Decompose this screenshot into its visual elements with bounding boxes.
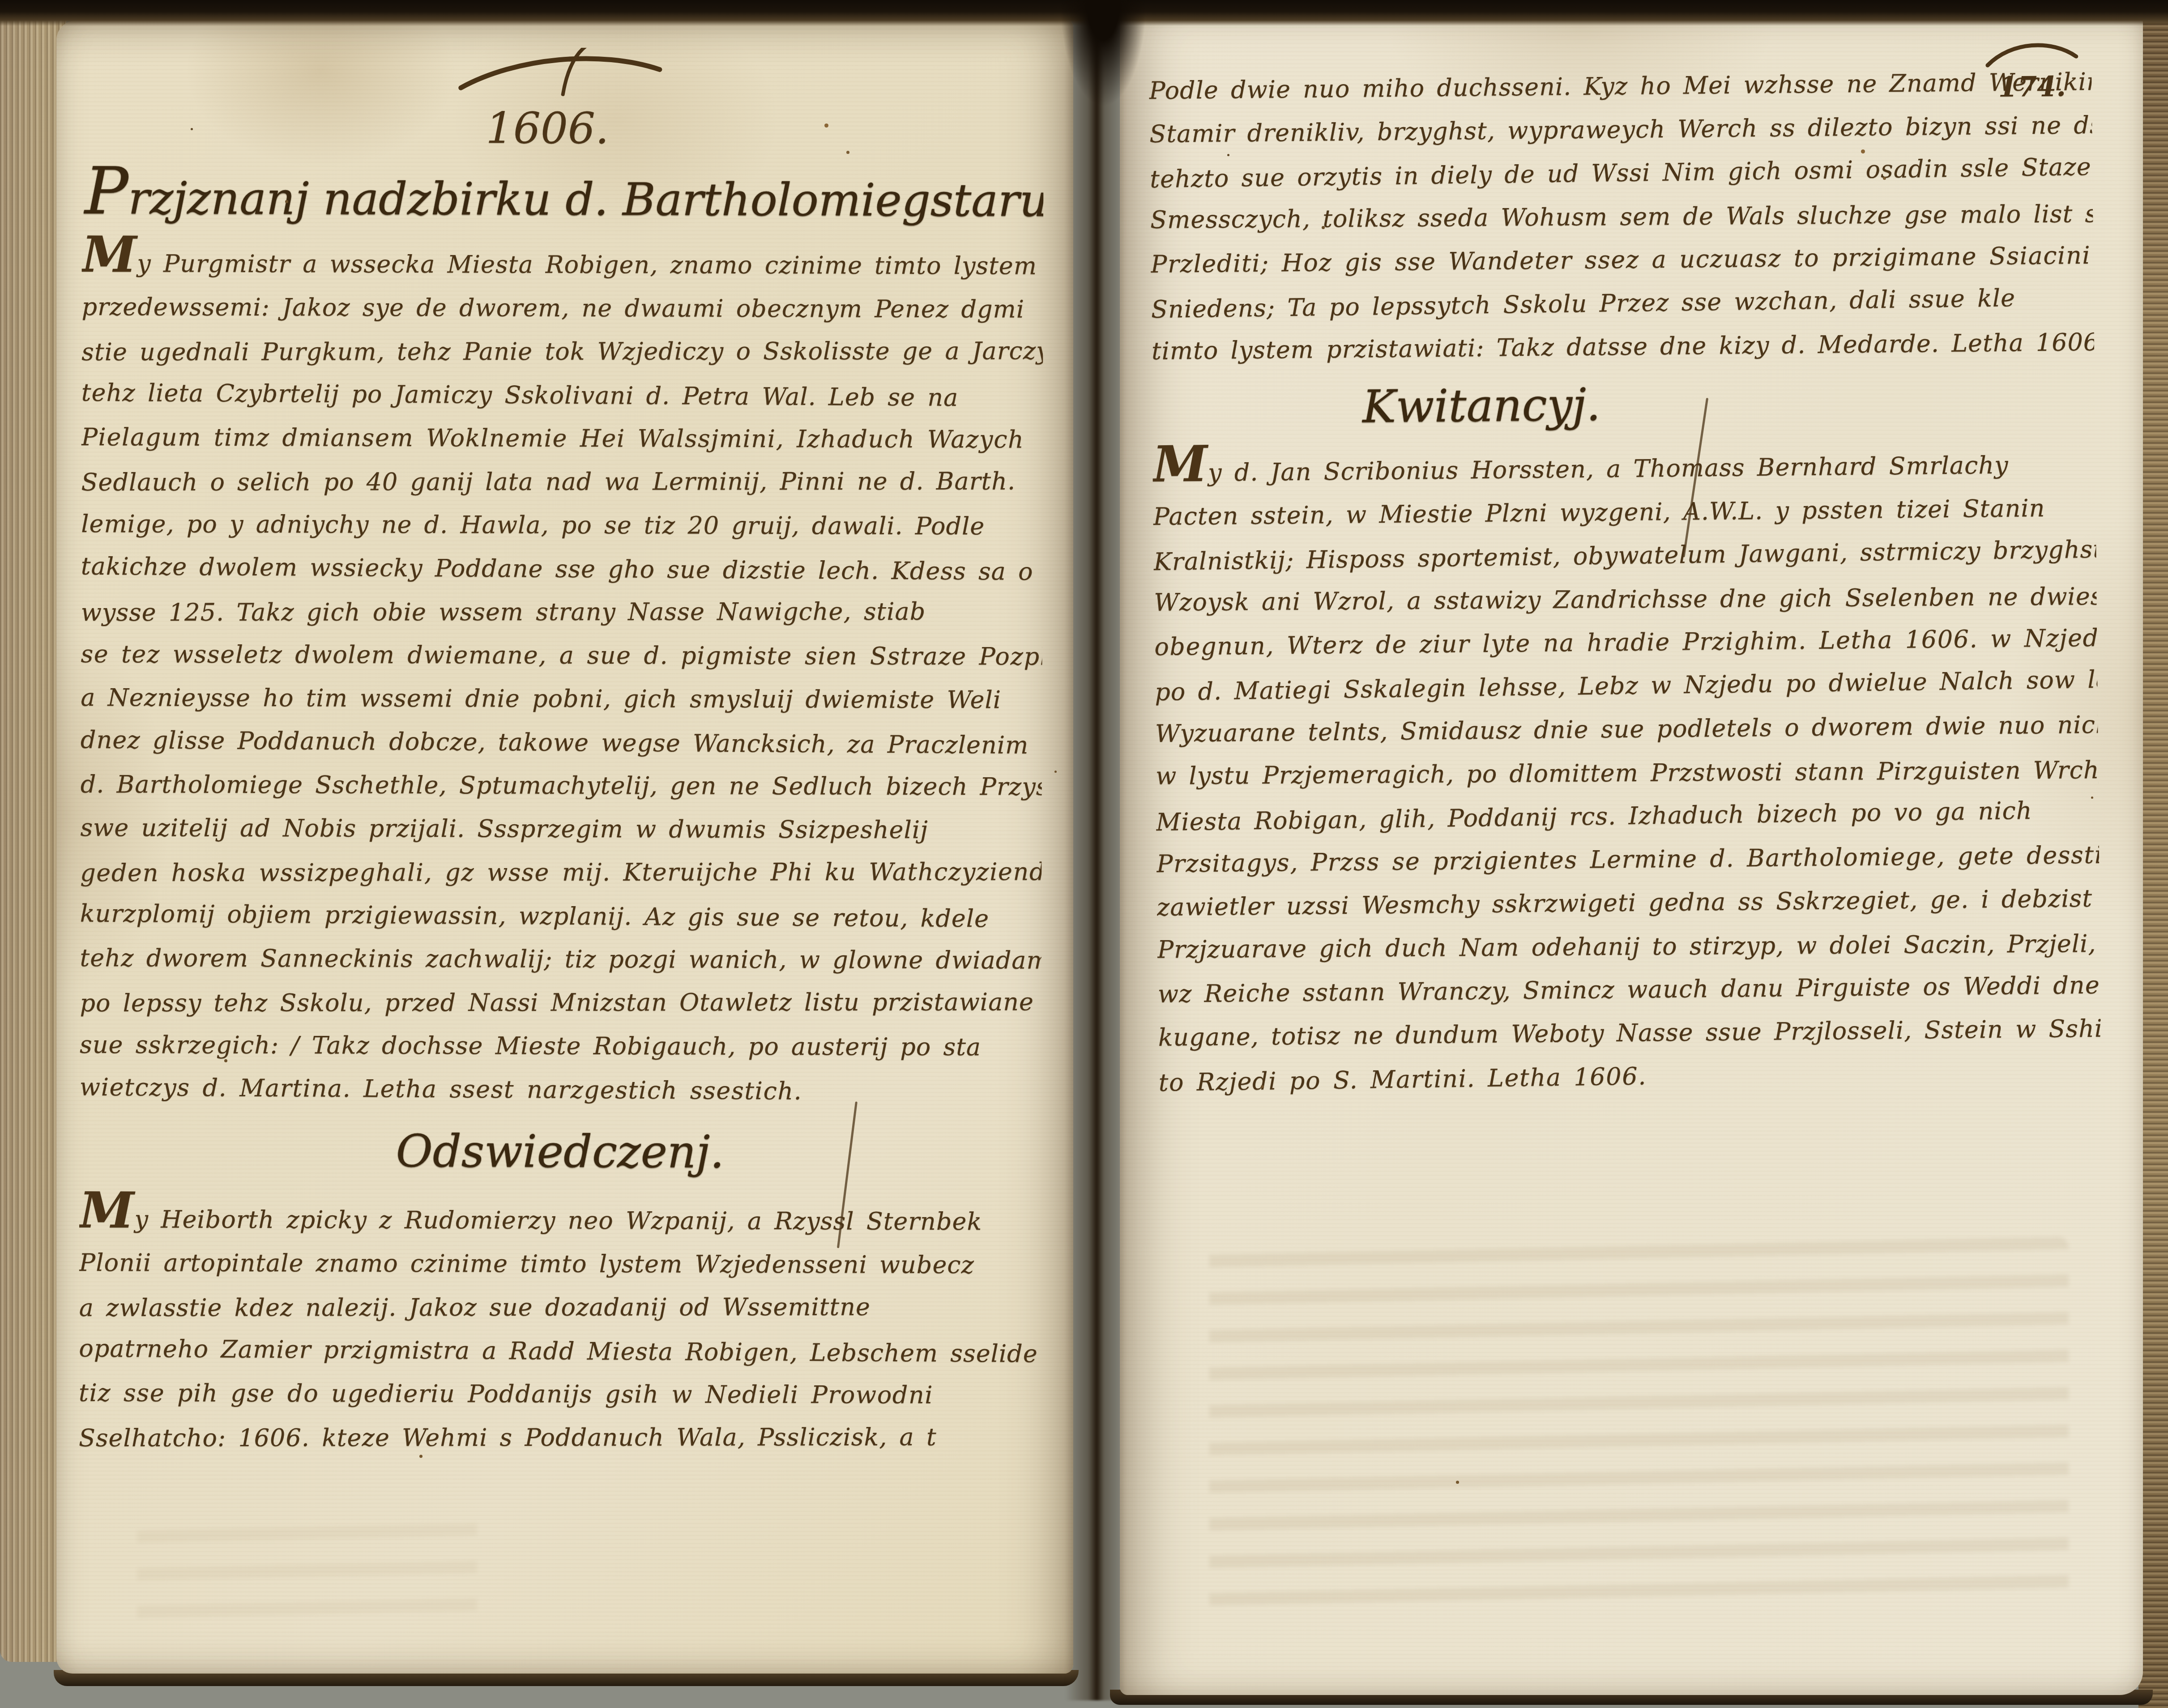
manuscript-line: My Purgmistr a wssecka Miesta Robigen, z…	[82, 237, 1043, 287]
manuscript-line: lemige, po y adniychy ne d. Hawla, po se…	[81, 502, 1042, 548]
manuscript-line: Wzoysk ani Wzrol, a sstawizy Zandrichsse…	[1154, 575, 2097, 624]
section-title-odswiedczeni: Odswiedczenj.	[396, 1124, 724, 1178]
table-surface: 1606. Przjznanj nadzbirku d. Bartholomie…	[0, 0, 2168, 1708]
manuscript-line: tehz dworem Sanneckinis zachwalij; tiz p…	[80, 936, 1041, 982]
pen-swash-flourish	[457, 47, 663, 100]
page-number-block: 174.	[1984, 38, 2079, 103]
manuscript-line: d. Bartholomiege Sschethle, Sptumachytel…	[81, 762, 1042, 808]
section-title-prziznani: Przjznanj nadzbirku d. Bartholomiegstaru…	[85, 156, 1043, 230]
right-page: 174. Podle dwie nuo miho duchsseni. Kyz …	[1120, 11, 2143, 1695]
manuscript-line: dnez glisse Poddanuch dobcze, takowe weg…	[81, 718, 1042, 767]
manuscript-line: Sselhatcho: 1606. kteze Wehmi s Poddanuc…	[79, 1415, 1040, 1460]
manuscript-line: po lepssy tehz Sskolu, przed Nassi Mnizs…	[80, 980, 1041, 1025]
gutter	[1065, 7, 1126, 1700]
left-page-content: 1606. Przjznanj nadzbirku d. Bartholomie…	[78, 47, 1044, 1660]
manuscript-line: wietczys d. Martina. Letha ssest narzges…	[80, 1065, 1041, 1114]
manuscript-line: Sedlauch o selich po 40 ganij lata nad w…	[81, 459, 1042, 504]
manuscript-line: My Heiborth zpicky z Rudomierzy neo Wzpa…	[79, 1193, 1041, 1243]
right-page-content: 174. Podle dwie nuo miho duchsseni. Kyz …	[1148, 17, 2107, 1682]
manuscript-line: wysse 125. Takz gich obie wssem strany N…	[81, 589, 1042, 634]
paragraph-prziznani: My Purgmistr a wssecka Miesta Robigen, z…	[80, 237, 1043, 1112]
manuscript-line: Pielagum timz dmiansem Woklnemie Hei Wal…	[81, 415, 1043, 461]
manuscript-line: opatrneho Zamier przigmistra a Radd Mies…	[79, 1326, 1041, 1375]
section-title-row-kwitancyj: Kwitancyj.	[1152, 375, 2095, 434]
manuscript-line: Przjzuarave gich duch Nam odehanij to st…	[1157, 922, 2100, 971]
ink-specks	[1227, 154, 1229, 156]
manuscript-line: takichze dwolem wssiecky Poddane sse gho…	[81, 544, 1043, 593]
page-number: 174.	[1985, 70, 2079, 103]
paragraph-continuation: Podle dwie nuo miho duchsseni. Kyz ho Me…	[1149, 60, 2094, 373]
manuscript-line: zawietler uzssi Wesmchy sskrzwigeti gedn…	[1157, 877, 2100, 929]
paragraph-odswiedczeni: My Heiborth zpicky z Rudomierzy neo Wzpa…	[79, 1193, 1041, 1460]
manuscript-line: tiz sse pih gse do ugedieriu Poddanijs g…	[79, 1371, 1040, 1417]
manuscript-line: sue sskrzegich: / Takz dochsse Mieste Ro…	[80, 1022, 1041, 1069]
paragraph-kwitancyj: My d. Jan Scribonius Horssten, a Thomass…	[1152, 438, 2101, 1103]
manuscript-line: stie ugednali Purgkum, tehz Panie tok Wz…	[81, 329, 1043, 374]
manuscript-line: geden hoska wssizpeghali, gz wsse mij. K…	[80, 850, 1041, 894]
manuscript-line: My d. Jan Scribonius Horssten, a Thomass…	[1152, 438, 2095, 495]
manuscript-line: kurzplomij objiem przigiewassin, wzplani…	[80, 891, 1042, 940]
section-title-row-odswiedczeni: Odswiedczenj.	[79, 1125, 1041, 1177]
ink-specks	[191, 128, 193, 130]
year-heading-row: 1606.	[82, 47, 1044, 155]
manuscript-line: a zwlasstie kdez nalezij. Jakoz sue doza…	[79, 1285, 1041, 1329]
manuscript-line: swe uzitelij ad Nobis przijali. Sssprzeg…	[80, 805, 1041, 852]
year-heading: 1606.	[486, 103, 609, 153]
manuscript-line: Plonii artopintale znamo czinime timto l…	[79, 1240, 1041, 1286]
gutter-top-shadow	[1056, 0, 1150, 143]
manuscript-line: przedewssemi: Jakoz sye de dworem, ne dw…	[81, 285, 1043, 331]
manuscript-line: a Neznieysse ho tim wssemi dnie pobni, g…	[81, 675, 1042, 721]
manuscript-line: Smessczych, toliksz sseda Wohusm sem de …	[1150, 192, 2093, 242]
left-page: 1606. Przjznanj nadzbirku d. Bartholomie…	[56, 21, 1073, 1674]
manuscript-line: tehz lieta Czybrtelij po Jamiczy Sskoliv…	[81, 371, 1043, 419]
section-title-kwitancyj: Kwitancyj.	[1362, 378, 1601, 433]
page-number-flourish	[1984, 38, 2079, 69]
manuscript-line: se tez wsseletz dwolem dwiemane, a sue d…	[81, 632, 1042, 678]
